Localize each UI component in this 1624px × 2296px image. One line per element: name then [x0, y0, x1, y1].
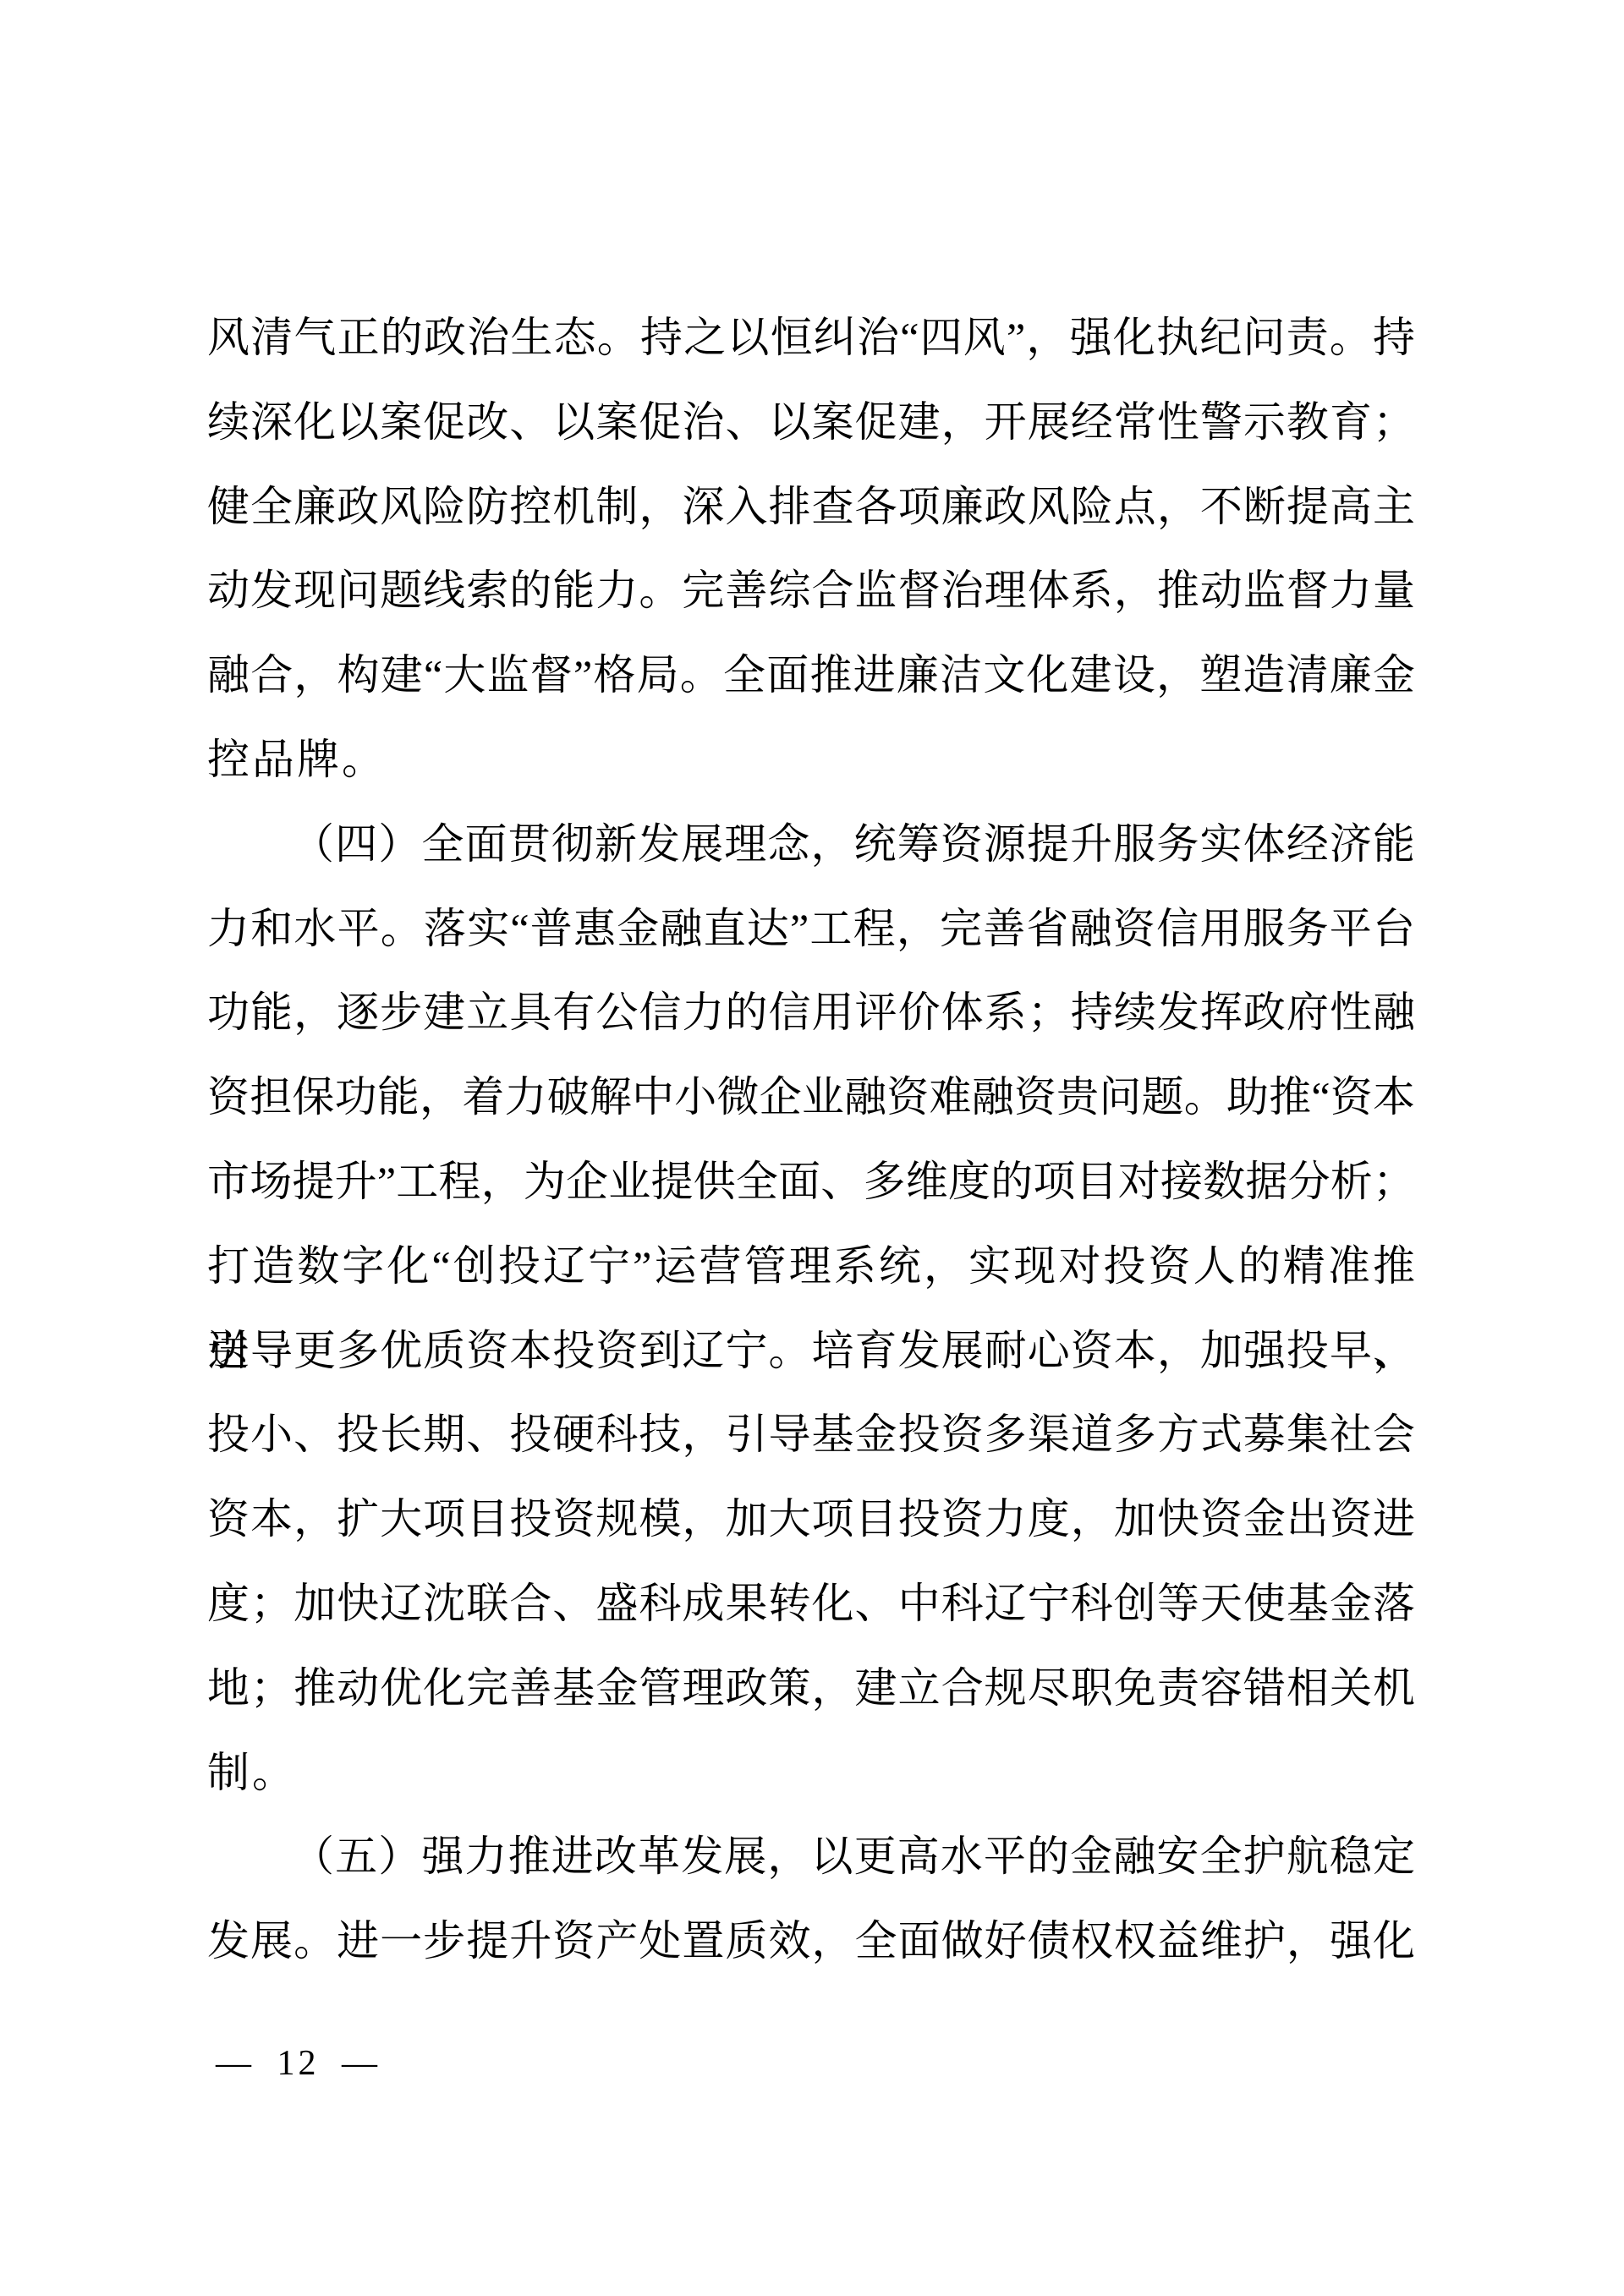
text-line: 资本，扩大项目投资规模，加大项目投资力度，加快资金出资进 — [207, 1477, 1415, 1562]
text-line: 融合，构建“大监督”格局。全面推进廉洁文化建设，塑造清廉金 — [207, 633, 1415, 718]
text-line: 力和水平。落实“普惠金融直达”工程，完善省融资信用服务平台 — [207, 887, 1415, 972]
text-line: 续深化以案促改、以案促治、以案促建，开展经常性警示教育； — [207, 381, 1415, 465]
text-line: （四）全面贯彻新发展理念，统筹资源提升服务实体经济能 — [207, 803, 1415, 887]
text-line: 度；加快辽沈联合、盛科成果转化、中科辽宁科创等天使基金落 — [207, 1562, 1415, 1647]
text-line: 控品牌。 — [207, 718, 1415, 803]
text-line: 打造数字化“创投辽宁”运营管理系统，实现对投资人的精准推送， — [207, 1225, 1415, 1309]
text-line: 发展。进一步提升资产处置质效，全面做好债权权益维护，强化 — [207, 1899, 1415, 1984]
text-line: 动发现问题线索的能力。完善综合监督治理体系，推动监督力量 — [207, 549, 1415, 633]
text-line: （五）强力推进改革发展，以更高水平的金融安全护航稳定 — [207, 1815, 1415, 1899]
text-line: 市场提升”工程，为企业提供全面、多维度的项目对接数据分析； — [207, 1140, 1415, 1225]
text-line: 功能，逐步建立具有公信力的信用评价体系；持续发挥政府性融 — [207, 971, 1415, 1055]
text-line: 投小、投长期、投硬科技，引导基金投资多渠道多方式募集社会 — [207, 1393, 1415, 1477]
text-line: 健全廉政风险防控机制，深入排查各项廉政风险点，不断提高主 — [207, 465, 1415, 550]
document-body: 风清气正的政治生态。持之以恒纠治“四风”，强化执纪问责。持续深化以案促改、以案促… — [207, 296, 1415, 1984]
text-line: 资担保功能，着力破解中小微企业融资难融资贵问题。助推“资本 — [207, 1055, 1415, 1140]
text-line: 引导更多优质资本投资到辽宁。培育发展耐心资本，加强投早、 — [207, 1309, 1415, 1394]
text-line: 制。 — [207, 1731, 1415, 1816]
text-line: 地；推动优化完善基金管理政策，建立合规尽职免责容错相关机 — [207, 1647, 1415, 1731]
document-page: 风清气正的政治生态。持之以恒纠治“四风”，强化执纪问责。持续深化以案促改、以案促… — [0, 0, 1624, 2296]
page-number: — 12 — — [216, 2043, 381, 2084]
text-line: 风清气正的政治生态。持之以恒纠治“四风”，强化执纪问责。持 — [207, 296, 1415, 381]
